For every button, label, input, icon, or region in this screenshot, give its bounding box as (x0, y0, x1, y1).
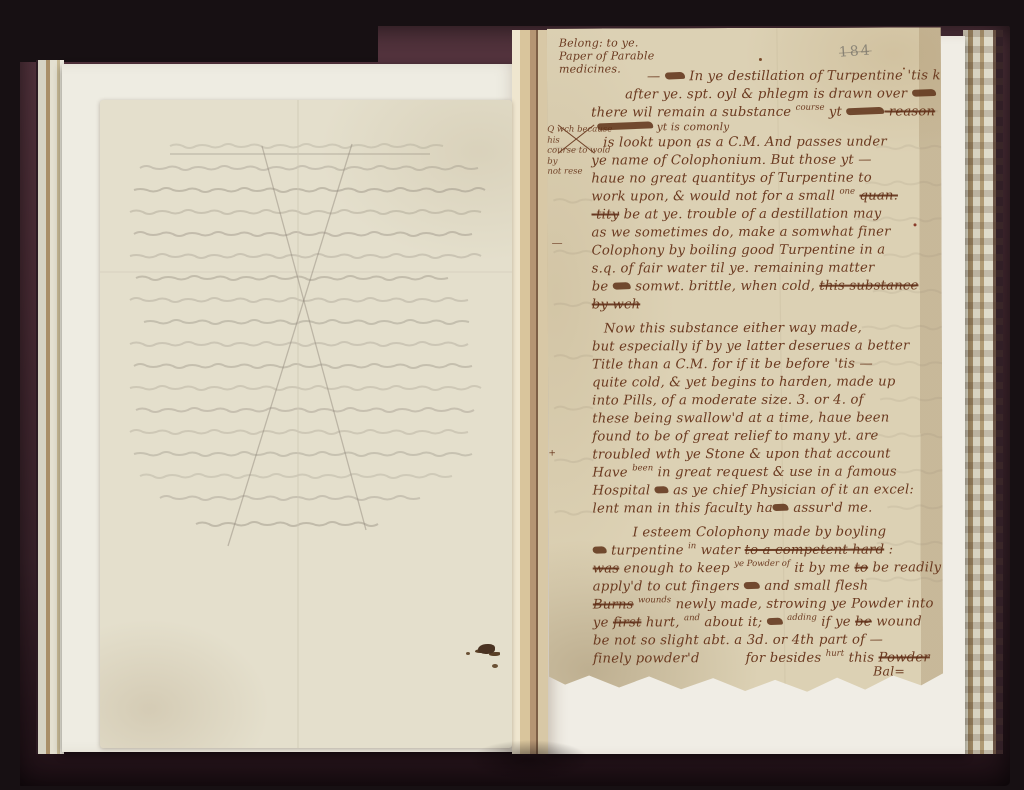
manuscript-line: lent man in this faculty ha assur'd me. (592, 499, 928, 518)
ink-speck (903, 67, 905, 69)
manuscript-word: work upon, & would not for a small (591, 189, 839, 205)
ink-speck (697, 146, 699, 148)
manuscript-word: be readily (868, 560, 941, 575)
ink-showthrough (100, 100, 512, 748)
manuscript-word: these being swallow'd at a time, haue be… (592, 410, 889, 426)
manuscript-ins: one (839, 187, 855, 197)
manuscript-word: found to be of great relief to many yt. … (592, 429, 878, 445)
manuscript-line: Now this substance either way made, (592, 319, 928, 338)
manuscript-scribble (597, 121, 653, 130)
manuscript-word: somwt. brittle, when cold, (631, 279, 820, 295)
manuscript-text: — In ye destillation of Turpentine 'tis … (547, 27, 943, 696)
manuscript-word: haue no great quantitys of Turpentine to (591, 171, 872, 187)
gutter-shadow (470, 740, 590, 780)
manuscript-ins: adding (787, 613, 817, 623)
manuscript-strike: reason (884, 104, 935, 119)
manuscript-line: I esteem Colophony made by boyling (593, 523, 929, 542)
manuscript-scribble (655, 486, 669, 494)
manuscript-line: apply'd to cut fingers and small flesh (593, 577, 929, 596)
manuscript-word: if ye (817, 615, 855, 630)
manuscript-line: turpentine in water to a competent hard … (593, 541, 929, 560)
manuscript-ins: and (684, 613, 700, 623)
manuscript-strike: to (854, 561, 868, 576)
manuscript-word: in great request & use in a famous (653, 464, 897, 480)
manuscript-ins: ye Powder of (734, 559, 790, 569)
book-gutter (512, 30, 548, 754)
manuscript-word: as we sometimes do, make a somwhat finer (592, 224, 891, 240)
manuscript-line: Have been in great request & use in a fa… (592, 463, 928, 482)
manuscript-ins: hurt (826, 649, 844, 659)
manuscript-line: was enough to keep ye Powder of it by me… (593, 559, 929, 578)
manuscript-line: troubled wth ye Stone & upon that accoun… (592, 445, 928, 464)
manuscript-scribble (911, 89, 935, 97)
manuscript-paragraphs: — In ye destillation of Turpentine 'tis … (591, 67, 929, 668)
manuscript-line: haue no great quantitys of Turpentine to (591, 169, 927, 188)
manuscript-word: for besides (746, 651, 826, 666)
manuscript-line: into Pills, of a moderate size. 3. or 4.… (592, 391, 928, 410)
manuscript-word: Now this substance either way made, (604, 321, 862, 337)
manuscript-line: these being swallow'd at a time, haue be… (592, 409, 928, 428)
manuscript-word: Colophony by boiling good Turpentine in … (592, 243, 886, 259)
manuscript-word: yt is comonly (653, 121, 729, 133)
manuscript-strike: Burns (593, 597, 634, 612)
manuscript-word: there wil remain a substance (591, 105, 796, 121)
manuscript-line: be not so slight abt. a 3d. or 4th part … (593, 631, 929, 650)
manuscript-line: s.q. of fair water til ye. remaining mat… (592, 259, 928, 278)
manuscript-word: newly made, strowing ye Powder into (671, 596, 934, 612)
manuscript-line: ye name of Colophonium. But those yt — (591, 151, 927, 170)
manuscript-line: quite cold, & yet begins to harden, made… (592, 373, 928, 392)
manuscript-scribble (613, 282, 631, 290)
manuscript-word: enough to keep (619, 561, 734, 576)
manuscript-word: Have (592, 465, 632, 480)
photo-backdrop (1010, 0, 1024, 790)
manuscript-word: apply'd to cut fingers (593, 579, 744, 595)
manuscript-word: water (696, 543, 744, 558)
manuscript-line: after ye. spt. oyl & phlegm is drawn ove… (591, 85, 927, 104)
manuscript-word: finely powder'd (593, 651, 700, 666)
manuscript-word: troubled wth ye Stone & upon that accoun… (592, 446, 890, 462)
manuscript-line: but especially if by ye latter deserues … (592, 337, 928, 356)
manuscript-word: is lookt upon as a C.M. And passes under (603, 135, 887, 151)
manuscript-scribble (767, 618, 783, 626)
manuscript-word: : (884, 542, 893, 557)
manuscript-word: ye (593, 615, 613, 630)
manuscript-line: -tity be at ye. trouble of a destillatio… (591, 205, 927, 224)
manuscript-word: Hospital (592, 483, 654, 498)
manuscript-word: assur'd me. (789, 501, 873, 516)
manuscript-word: about it; (700, 615, 767, 630)
manuscript-word: and small flesh (760, 579, 868, 594)
photo-backdrop (0, 0, 20, 790)
photo-backdrop (0, 0, 378, 62)
manuscript-word: I esteem Colophony made by boyling (633, 525, 887, 541)
manuscript-scribble (773, 504, 789, 512)
ink-speck (914, 223, 917, 226)
manuscript-word: Title than a C.M. for if it be before 't… (592, 357, 873, 373)
manuscript-strike: by wch (592, 297, 641, 312)
page-edges-left (36, 60, 64, 754)
manuscript-word: wound (872, 614, 922, 629)
ink-speck (759, 58, 762, 61)
manuscript-line: Hospital as ye chief Physician of it an … (592, 481, 928, 500)
manuscript-word: yt (824, 105, 846, 120)
left-manuscript-leaf (100, 100, 512, 748)
manuscript-line: ye first hurt, and about it; adding if y… (593, 613, 929, 632)
manuscript-line: — In ye destillation of Turpentine 'tis … (591, 67, 927, 86)
manuscript-word: but especially if by ye latter deserues … (592, 338, 910, 354)
manuscript-word: be (592, 279, 613, 294)
manuscript-strike: to a competent hard (745, 543, 885, 558)
manuscript-ins: course (796, 103, 825, 113)
manuscript-strike: first (613, 615, 642, 630)
manuscript-word: it by me (790, 561, 855, 576)
manuscript-word: be at ye. trouble of a destillation may (619, 207, 881, 223)
manuscript-line: as we sometimes do, make a somwhat finer (592, 223, 928, 242)
manuscript-line: Burns wounds newly made, strowing ye Pow… (593, 595, 929, 614)
manuscript-line: Colophony by boiling good Turpentine in … (592, 241, 928, 260)
manuscript-line: is lookt upon as a C.M. And passes under (591, 133, 927, 152)
manuscript-word: s.q. of fair water til ye. remaining mat… (592, 261, 875, 277)
manuscript-word: after ye. spt. oyl & phlegm is drawn ove… (625, 86, 912, 102)
ink-blot (492, 664, 498, 668)
manuscript-word: lent man in this faculty ha (592, 501, 773, 517)
manuscript-word: hurt, (641, 615, 684, 630)
manuscript-strike: -tity (591, 207, 619, 222)
manuscript-strike: was (593, 561, 620, 576)
manuscript-line: work upon, & would not for a small one q… (591, 187, 927, 206)
manuscript-scribble (744, 582, 760, 590)
right-manuscript-leaf: Belong: to ye. Paper of Parable medicine… (547, 27, 943, 696)
manuscript-word: into Pills, of a moderate size. 3. or 4.… (592, 393, 864, 409)
ink-blot (478, 644, 495, 654)
manuscript-scribble (846, 107, 884, 115)
manuscript-word: turpentine (607, 543, 688, 558)
manuscript-strike: quan. (859, 188, 898, 203)
manuscript-word: — (647, 69, 665, 84)
manuscript-word: ye name of Colophonium. But those yt — (591, 153, 871, 169)
manuscript-strike: be (855, 615, 872, 630)
ink-blot (466, 652, 470, 655)
manuscript-scribble (665, 72, 685, 80)
manuscript-ins: wounds (638, 595, 671, 605)
manuscript-strike: this substance (819, 278, 918, 293)
manuscript-word: as ye chief Physician of it an excel: (669, 482, 914, 498)
manuscript-line: Title than a C.M. for if it be before 't… (592, 355, 928, 374)
manuscript-line: be somwt. brittle, when cold, this subst… (592, 277, 928, 296)
manuscript-line: found to be of great relief to many yt. … (592, 427, 928, 446)
manuscript-word: be not so slight abt. a 3d. or 4th part … (593, 633, 883, 649)
manuscript-line: there wil remain a substance course yt r… (591, 103, 927, 122)
manuscript-ins: in (688, 541, 696, 551)
manuscript-ins: been (632, 463, 653, 473)
manuscript-line: by wch (592, 295, 928, 314)
page-edges-right (963, 30, 1003, 754)
manuscript-scribble (593, 546, 607, 554)
manuscript-word: quite cold, & yet begins to harden, made… (592, 374, 895, 390)
